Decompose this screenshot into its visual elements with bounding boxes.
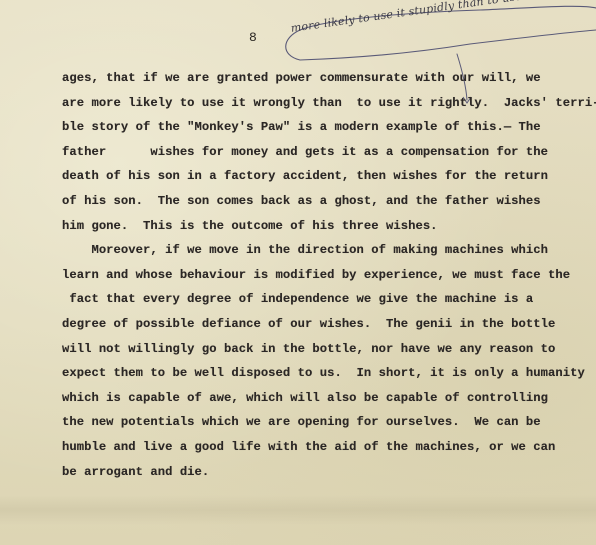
text-line: will not willingly go back in the bottle… (62, 337, 596, 362)
text-line: fact that every degree of independence w… (62, 287, 596, 312)
handwritten-annotation: more likely to use it stupidly than to u… (290, 0, 596, 35)
text-line: be arrogant and die. (62, 460, 596, 485)
text-line: are more likely to use it wrongly than t… (62, 91, 596, 116)
text-line: degree of possible defiance of our wishe… (62, 312, 596, 337)
text-line: learn and whose behaviour is modified by… (62, 263, 596, 288)
paragraph-start-line: Moreover, if we move in the direction of… (62, 238, 596, 263)
text-line: of his son. The son comes back as a ghos… (62, 189, 596, 214)
typescript-body: ages, that if we are granted power comme… (62, 66, 596, 484)
text-line: ages, that if we are granted power comme… (62, 66, 596, 91)
text-line: expect them to be well disposed to us. I… (62, 361, 596, 386)
text-line: father wishes for money and gets it as a… (62, 140, 596, 165)
text-line: which is capable of awe, which will also… (62, 386, 596, 411)
text-line: him gone. This is the outcome of his thr… (62, 214, 596, 239)
paper-fold-shadow (0, 495, 596, 525)
text-line: ble story of the "Monkey's Paw" is a mod… (62, 115, 596, 140)
text-line: death of his son in a factory accident, … (62, 164, 596, 189)
text-line: humble and live a good life with the aid… (62, 435, 596, 460)
text-line: the new potentials which we are opening … (62, 410, 596, 435)
page-number: 8 (249, 30, 257, 45)
document-page: 8 more likely to use it stupidly than to… (0, 0, 596, 545)
